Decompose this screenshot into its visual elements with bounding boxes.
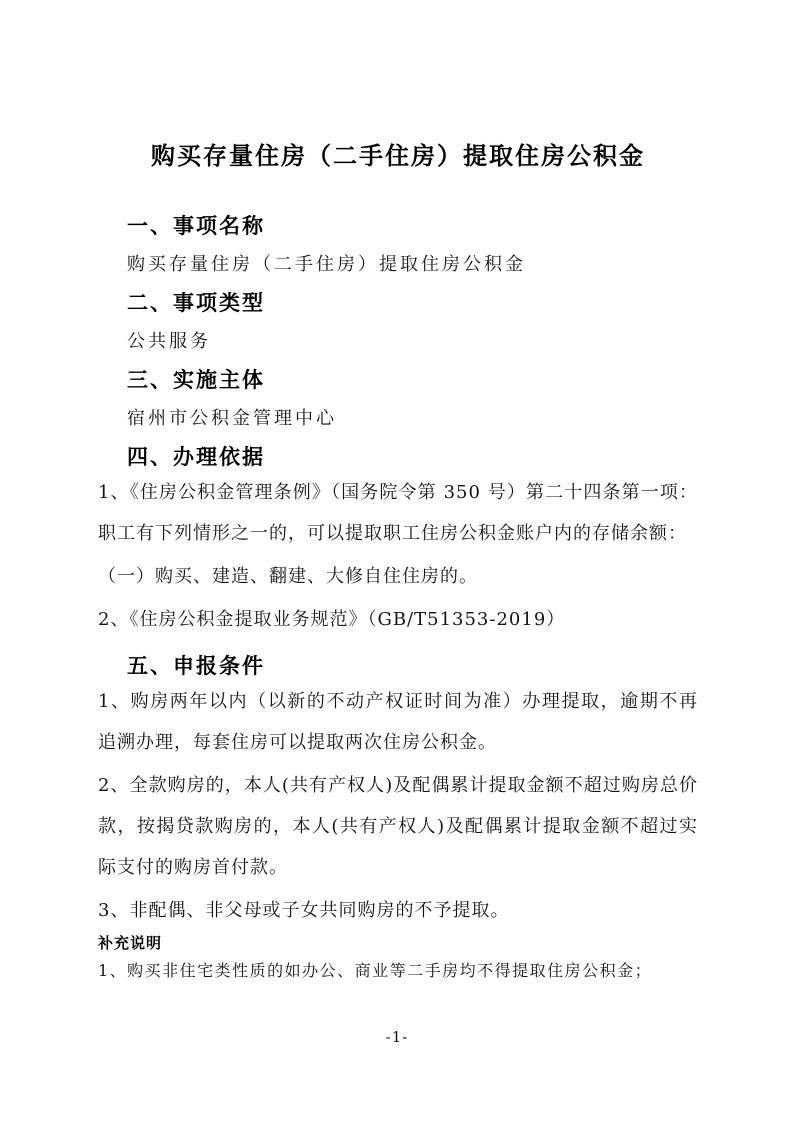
section-paragraph: 2、全款购房的，本人(共有产权人)及配偶累计提取金额不超过购房总价款，按揭贷款购… [98,765,698,888]
section-paragraph: （一）购买、建造、翻建、大修自住住房的。 [98,556,698,597]
section-paragraph: 1、购房两年以内（以新的不动产权证时间为准）办理提取，逾期不再追溯办理，每套住房… [98,681,698,763]
section-heading: 五、申报条件 [98,653,698,679]
page-number: -1- [0,1028,794,1046]
section-heading: 二、事项类型 [98,290,698,316]
supplement-paragraph: 1、购买非住宅类性质的如办公、商业等二手房均不得提取住房公积金； [98,957,698,985]
section-heading: 四、办理依据 [98,444,698,470]
document-page: 购买存量住房（二手住房）提取住房公积金 一、事项名称购买存量住房（二手住房）提取… [0,0,794,1122]
section-paragraph: 2、《住房公积金提取业务规范》（GB/T51353-2019） [98,599,698,640]
supplement-heading: 补充说明 [98,933,698,953]
section-answer: 购买存量住房（二手住房）提取住房公积金 [98,253,698,277]
document-body: 一、事项名称购买存量住房（二手住房）提取住房公积金二、事项类型公共服务三、实施主… [98,213,698,985]
section-paragraph: 3、非配偶、非父母或子女共同购房的不予提取。 [98,890,698,931]
document-title: 购买存量住房（二手住房）提取住房公积金 [98,141,698,171]
section-heading: 三、实施主体 [98,367,698,393]
section-answer: 宿州市公积金管理中心 [98,407,698,431]
section-paragraph: 1、《住房公积金管理条例》（国务院令第 350 号）第二十四条第一项：职工有下列… [98,472,698,554]
section-heading: 一、事项名称 [98,213,698,239]
document-content: 购买存量住房（二手住房）提取住房公积金 一、事项名称购买存量住房（二手住房）提取… [98,0,698,985]
section-answer: 公共服务 [98,330,698,354]
